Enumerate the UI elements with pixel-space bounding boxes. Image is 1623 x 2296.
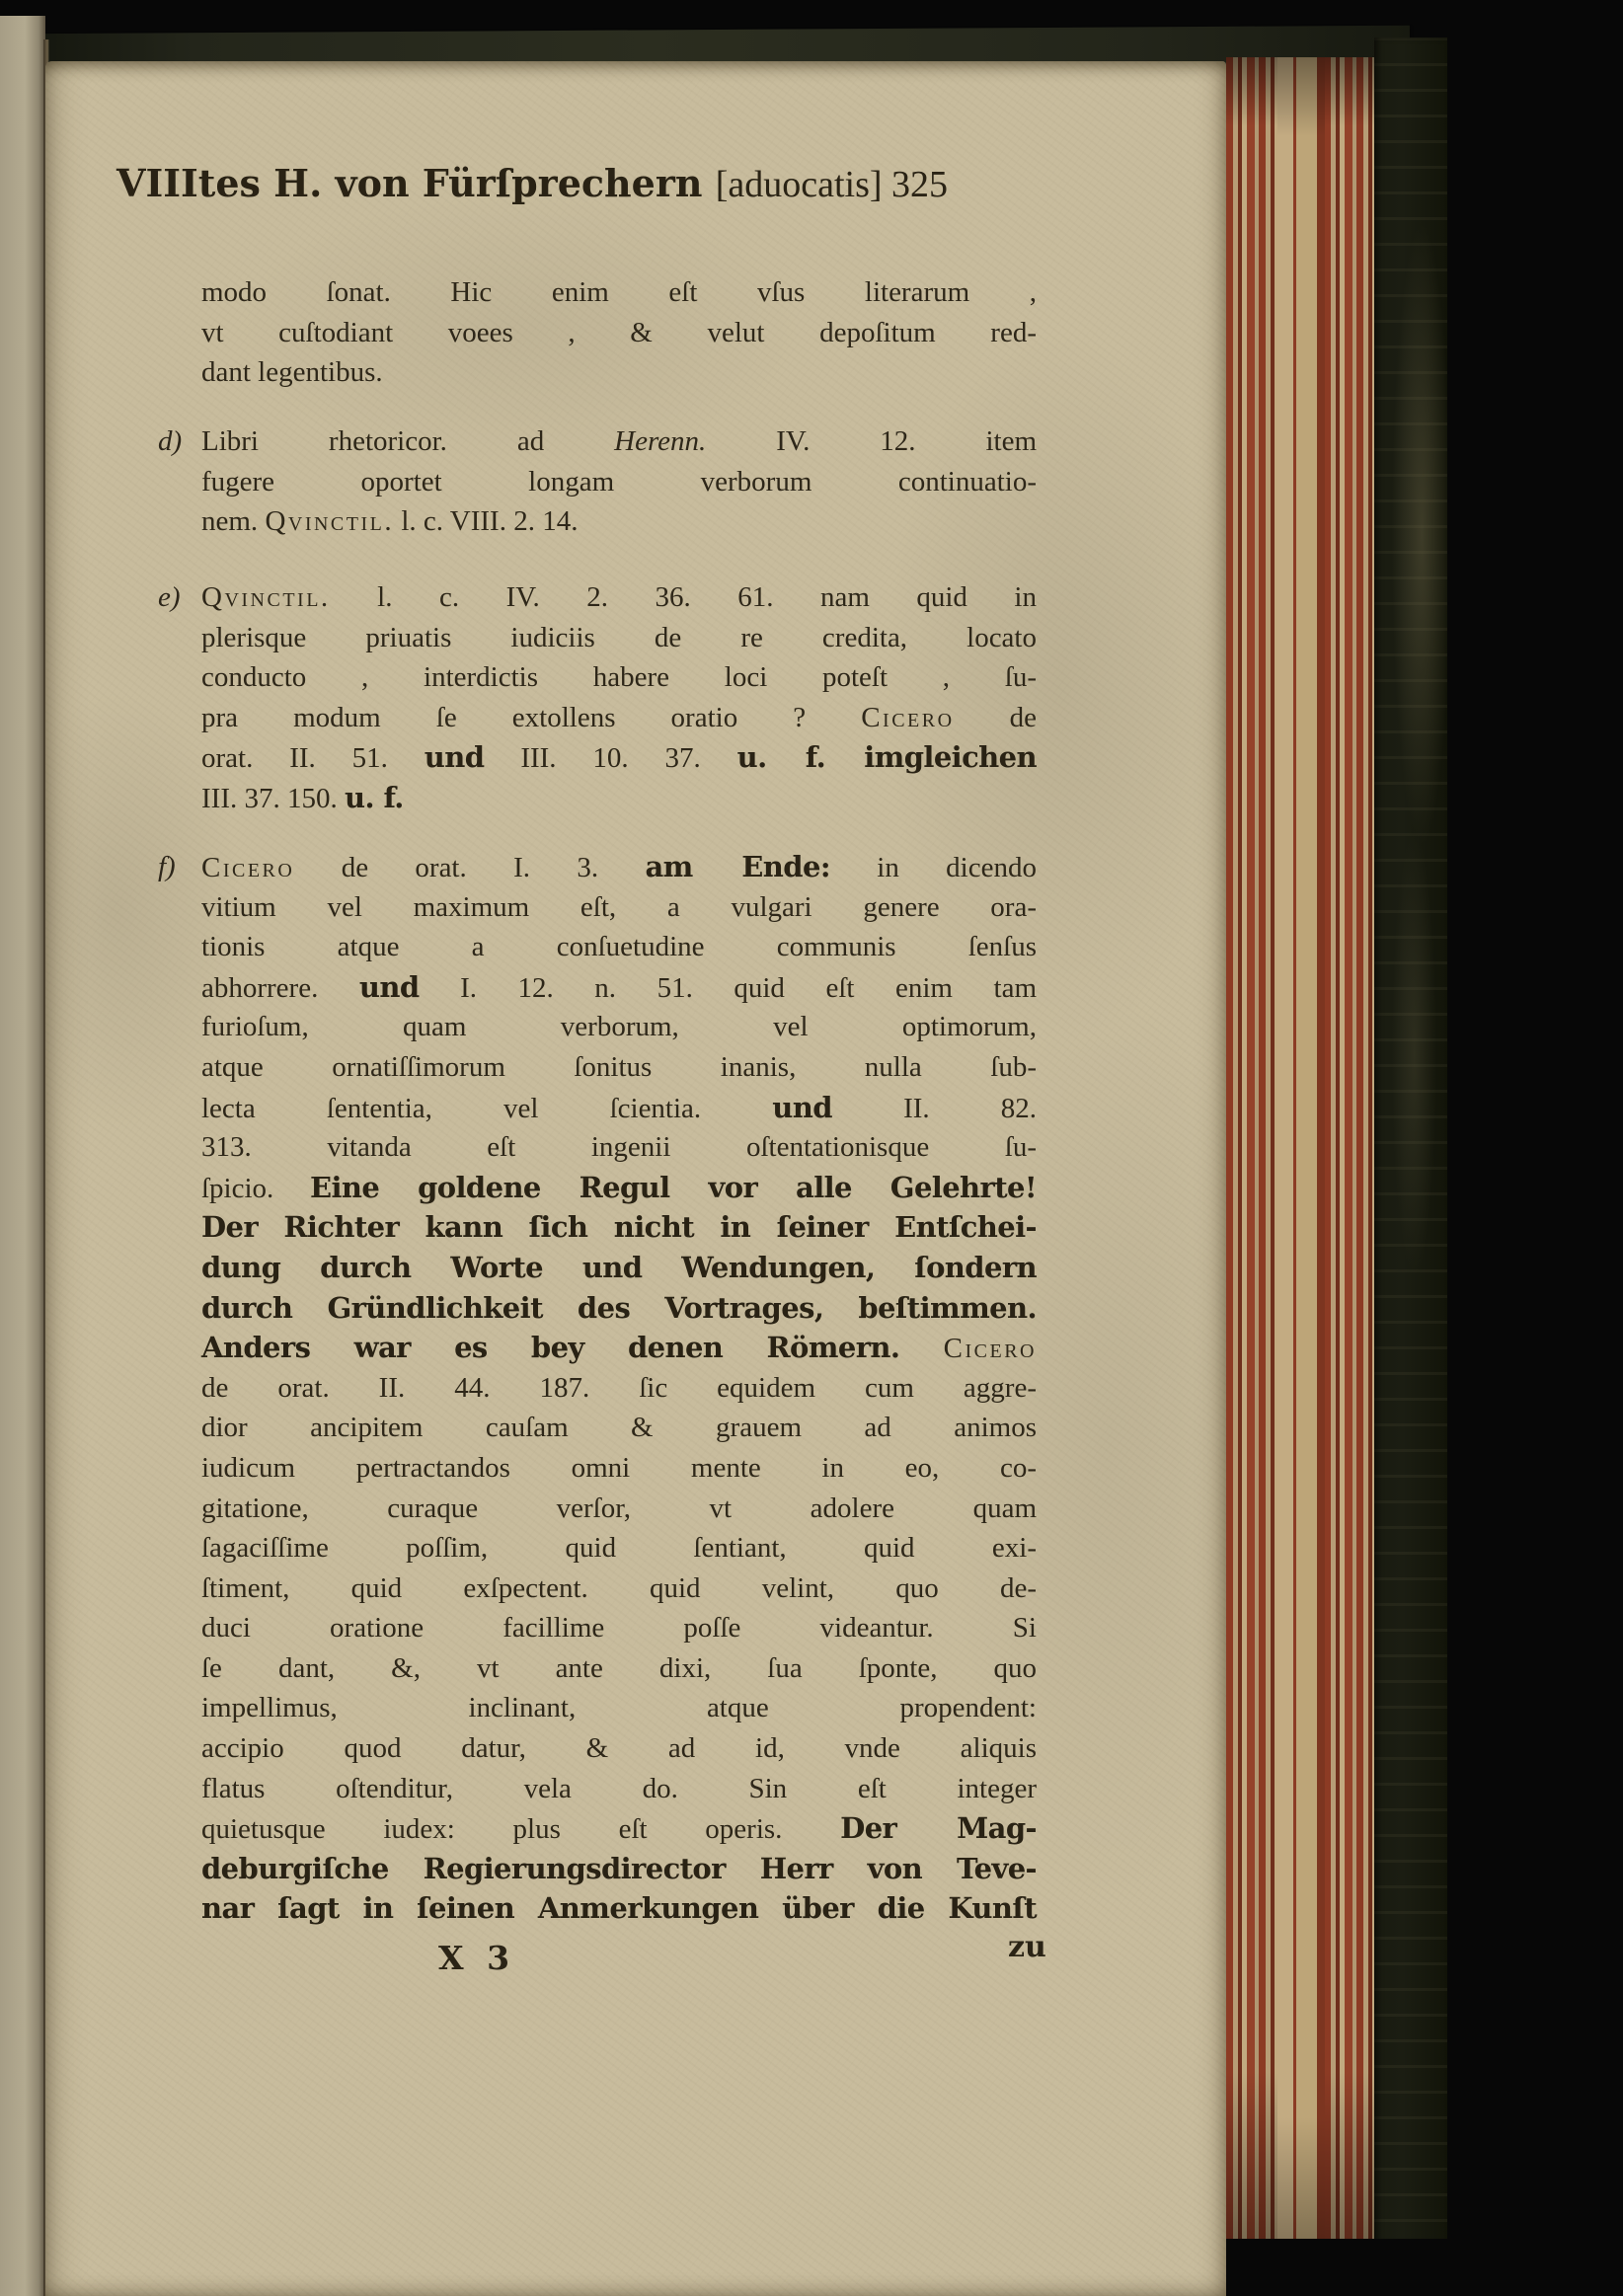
book-page: VIIItes H. von Fürſprechern [aduocatis] … — [45, 61, 1226, 2296]
text-segment: Cicero — [861, 702, 954, 733]
text-segment: impellimus, inclinant, atque propendent: — [201, 1692, 1037, 1723]
text-segment: lecta ſententia, vel ſcientia. — [201, 1093, 772, 1124]
text-segment: atque ornatiſſimorum ſonitus inanis, nul… — [201, 1051, 1037, 1083]
text-segment: 313. vitanda eſt ingenii oſtentationisqu… — [201, 1131, 1037, 1163]
book-cover-edge — [1374, 38, 1447, 2296]
text-segment: pra modum ſe extollens oratio ? — [201, 702, 861, 733]
text-line: Libri rhetoricor. ad Herenn. IV. 12. ite… — [201, 421, 1037, 462]
text-segment: Libri rhetoricor. ad — [201, 425, 614, 457]
text-segment: Cicero — [944, 1333, 1037, 1364]
footnote-f: f)Cicero de orat. I. 3. am Ende: in dice… — [201, 847, 1037, 1929]
text-segment: tionis atque a conſuetudine communis ſen… — [201, 931, 1037, 962]
text-segment: gitatione, curaque verſor, vt adolere qu… — [201, 1492, 1037, 1524]
text-segment: iudicum pertractandos omni mente in eo, … — [201, 1452, 1037, 1484]
text-segment: accipio quod datur, & ad id, vnde aliqui… — [201, 1732, 1037, 1764]
text-segment: durch Gründlichkeit des Vortrages, beſti… — [201, 1291, 1037, 1325]
text-segment: dant legentibus. — [201, 356, 383, 388]
text-segment: ſe dant, &, vt ante dixi, ſua ſponte, qu… — [201, 1652, 1037, 1684]
text-segment: und — [359, 970, 420, 1004]
text-segment: duci oratione facillime poſſe videantur.… — [201, 1612, 1037, 1644]
text-line: nem. Qvinctil. l. c. VIII. 2. 14. — [201, 501, 1037, 542]
text-segment: vitium vel maximum eſt, a vulgari genere… — [201, 891, 1037, 923]
footnote-label: d) — [158, 421, 182, 462]
text-line: ſtiment, quid exſpectent. quid velint, q… — [201, 1569, 1037, 1609]
text-segment: IV. 12. item — [706, 425, 1037, 457]
text-segment: u. f. imgleichen — [737, 740, 1037, 774]
text-line: furioſum, quam verborum, vel optimorum, — [201, 1007, 1037, 1047]
text-line: dant legentibus. — [201, 352, 1037, 393]
fore-edge-pages — [1226, 57, 1374, 2296]
footnote-e: e)Qvinctil. l. c. IV. 2. 36. 61. nam qui… — [201, 577, 1037, 818]
text-segment: de — [955, 702, 1037, 733]
footnote-d: d)Libri rhetoricor. ad Herenn. IV. 12. i… — [201, 421, 1037, 542]
text-line: lecta ſententia, vel ſcientia. und II. 8… — [201, 1088, 1037, 1128]
text-line: atque ornatiſſimorum ſonitus inanis, nul… — [201, 1047, 1037, 1088]
text-segment: plerisque priuatis iudiciis de re credit… — [201, 622, 1037, 653]
text-line: modo ſonat. Hic enim eſt vſus literarum … — [201, 272, 1037, 313]
text-segment: orat. II. 51. — [201, 742, 425, 774]
text-line: dior ancipitem cauſam & grauem ad animos — [201, 1408, 1037, 1448]
text-segment: nem. — [201, 505, 265, 537]
text-line: 313. vitanda eſt ingenii oſtentationisqu… — [201, 1127, 1037, 1168]
footnote-label: f) — [158, 847, 176, 887]
text-line: abhorrere. und I. 12. n. 51. quid eſt en… — [201, 967, 1037, 1008]
text-line: plerisque priuatis iudiciis de re credit… — [201, 618, 1037, 658]
text-line: ſe dant, &, vt ante dixi, ſua ſponte, qu… — [201, 1648, 1037, 1689]
text-segment: quietusque iudex: plus eſt operis. — [201, 1813, 840, 1845]
text-line: gitatione, curaque verſor, vt adolere qu… — [201, 1489, 1037, 1529]
text-segment: Qvinctil. — [265, 505, 394, 537]
background-shadow — [1226, 2239, 1623, 2296]
text-segment: in dicendo — [830, 852, 1037, 883]
text-line: Der Richter kann ſich nicht in ſeiner En… — [201, 1207, 1037, 1248]
text-segment: VIIItes H. von Fürſprechern — [116, 161, 716, 205]
text-line: quietusque iudex: plus eſt operis. Der M… — [201, 1808, 1037, 1849]
signature-mark: X 3 — [438, 1939, 515, 1977]
text-segment: am Ende: — [645, 850, 830, 883]
text-segment: furioſum, quam verborum, vel optimorum, — [201, 1011, 1037, 1042]
text-line: nar ſagt in ſeinen Anmerkungen über die … — [201, 1888, 1037, 1929]
text-segment: ſpicio. — [201, 1173, 310, 1204]
text-line: iudicum pertractandos omni mente in eo, … — [201, 1448, 1037, 1489]
text-segment: Der Mag- — [840, 1811, 1037, 1845]
text-line: durch Gründlichkeit des Vortrages, beſti… — [201, 1288, 1037, 1329]
text-line: vt cuſtodiant voees , & velut depoſitum … — [201, 313, 1037, 353]
catchword: zu — [1008, 1930, 1046, 1964]
text-segment: u. f. — [345, 781, 404, 814]
text-line: vitium vel maximum eſt, a vulgari genere… — [201, 887, 1037, 928]
text-line: III. 37. 150. u. f. — [201, 778, 1037, 818]
text-line: accipio quod datur, & ad id, vnde aliqui… — [201, 1728, 1037, 1769]
text-line: ſagaciſſime poſſim, quid ſentiant, quid … — [201, 1528, 1037, 1569]
text-segment: dior ancipitem cauſam & grauem ad animos — [201, 1412, 1037, 1443]
text-line: pra modum ſe extollens oratio ? Cicero d… — [201, 698, 1037, 738]
text-line: duci oratione facillime poſſe videantur.… — [201, 1608, 1037, 1648]
text-segment: abhorrere. — [201, 972, 359, 1004]
text-segment: deburgiſche Regierungsdirector Herr von … — [201, 1852, 1037, 1885]
text-line: conducto , interdictis habere loci poteſ… — [201, 657, 1037, 698]
text-segment: Eine goldene Regul vor alle Gelehrte! — [310, 1171, 1037, 1204]
text-segment: l. c. IV. 2. 36. 61. nam quid in — [331, 581, 1037, 613]
text-segment: [aduocatis] — [716, 164, 891, 205]
footnote-label: e) — [158, 577, 181, 618]
text-line: Qvinctil. l. c. IV. 2. 36. 61. nam quid … — [201, 577, 1037, 618]
text-line: de orat. II. 44. 187. ſic equidem cum ag… — [201, 1368, 1037, 1409]
text-segment: Anders war es bey denen Römern. — [201, 1331, 944, 1364]
paragraph-continuation: modo ſonat. Hic enim eſt vſus literarum … — [201, 272, 1037, 393]
text-segment: und — [772, 1091, 832, 1124]
facing-page-edge — [0, 16, 45, 2296]
text-segment: de orat. I. 3. — [294, 852, 645, 883]
text-segment: und — [425, 740, 485, 774]
text-segment: modo ſonat. Hic enim eſt vſus literarum … — [201, 276, 1037, 308]
text-line: impellimus, inclinant, atque propendent: — [201, 1688, 1037, 1728]
text-segment: nar ſagt in ſeinen Anmerkungen über die … — [201, 1891, 1037, 1925]
text-line: fugere oportet longam verborum continuat… — [201, 462, 1037, 502]
text-segment: flatus oſtenditur, vela do. Sin eſt inte… — [201, 1773, 1037, 1804]
text-segment: III. 10. 37. — [484, 742, 736, 774]
text-segment: ſagaciſſime poſſim, quid ſentiant, quid … — [201, 1532, 1037, 1564]
text-line: dung durch Worte und Wendungen, ſondern — [201, 1248, 1037, 1288]
text-segment: Cicero — [201, 852, 294, 883]
text-line: Anders war es bey denen Römern. Cicero — [201, 1328, 1037, 1368]
running-header: VIIItes H. von Fürſprechern [aduocatis] … — [116, 160, 1005, 211]
text-segment: vt cuſtodiant voees , & velut depoſitum … — [201, 317, 1037, 348]
text-segment: l. c. VIII. 2. 14. — [394, 505, 578, 537]
text-segment: II. 82. — [832, 1093, 1037, 1124]
text-line: orat. II. 51. und III. 10. 37. u. f. img… — [201, 737, 1037, 778]
text-segment: dung durch Worte und Wendungen, ſondern — [201, 1251, 1037, 1284]
text-line: Cicero de orat. I. 3. am Ende: in dicend… — [201, 847, 1037, 887]
text-segment: Der Richter kann ſich nicht in ſeiner En… — [201, 1210, 1037, 1244]
text-segment: conducto , interdictis habere loci poteſ… — [201, 661, 1037, 693]
text-segment: Qvinctil. — [201, 581, 331, 613]
text-segment: I. 12. n. 51. quid eſt enim tam — [420, 972, 1037, 1004]
text-line: tionis atque a conſuetudine communis ſen… — [201, 927, 1037, 967]
text-line: flatus oſtenditur, vela do. Sin eſt inte… — [201, 1769, 1037, 1809]
text-segment: III. 37. 150. — [201, 783, 345, 814]
page-number: 325 — [891, 164, 948, 205]
text-line: deburgiſche Regierungsdirector Herr von … — [201, 1849, 1037, 1889]
text-segment: de orat. II. 44. 187. ſic equidem cum ag… — [201, 1372, 1037, 1404]
text-segment: fugere oportet longam verborum continuat… — [201, 466, 1037, 497]
text-segment: ſtiment, quid exſpectent. quid velint, q… — [201, 1572, 1037, 1604]
text-line: ſpicio. Eine goldene Regul vor alle Gele… — [201, 1168, 1037, 1208]
text-segment: Herenn. — [614, 425, 706, 457]
fore-edge-band — [1277, 57, 1325, 2296]
